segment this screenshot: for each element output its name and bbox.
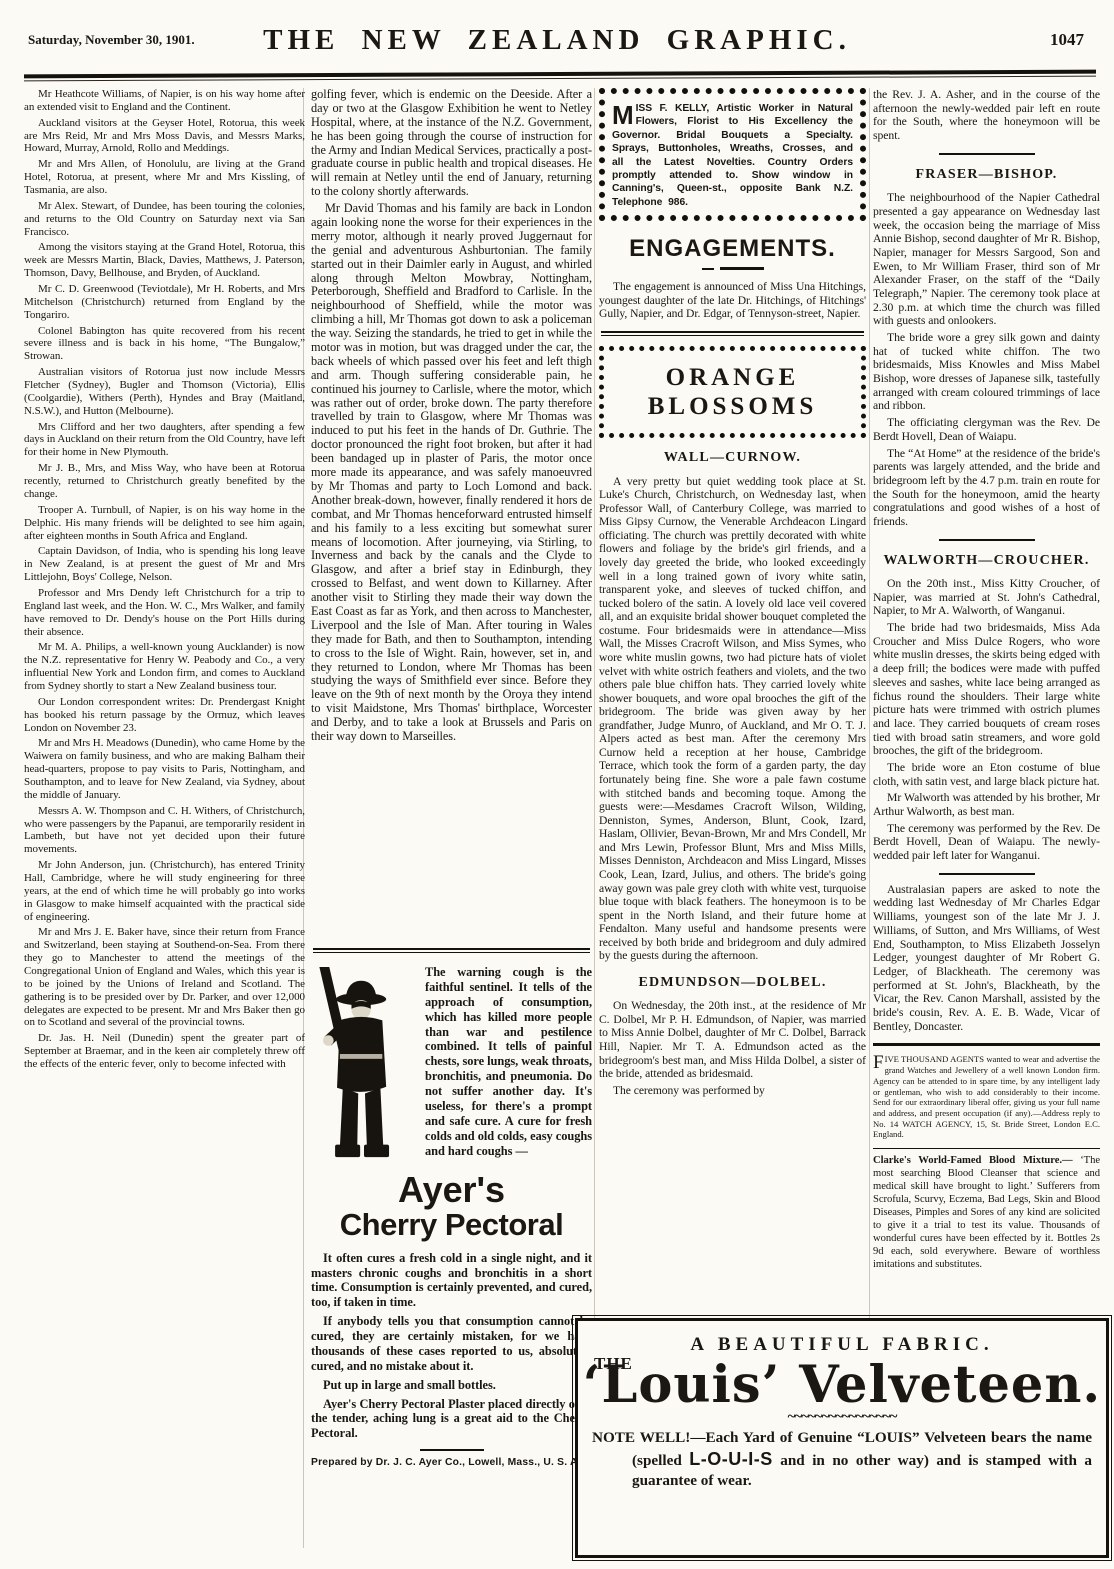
news-paragraph: Mr and Mrs H. Meadows (Dunedin), who cam… xyxy=(24,737,305,801)
news-paragraph: Mr Alex. Stewart, of Dundee, has been to… xyxy=(24,200,305,239)
news-paragraph: Messrs A. W. Thompson and C. H. Withers,… xyxy=(24,805,305,856)
news-paragraph: Mrs Clifford and her two daughters, afte… xyxy=(24,421,305,460)
article-paragraph: The bride wore an Eton costume of blue c… xyxy=(873,761,1100,788)
news-paragraph: Mr C. D. Greenwood (Teviotdale), Mr H. R… xyxy=(24,283,305,322)
article-paragraph: The ceremony was performed by the Rev. D… xyxy=(873,822,1100,863)
article-paragraph: The “At Home” at the residence of the br… xyxy=(873,447,1100,529)
engagements-heading: ENGAGEMENTS. xyxy=(599,235,866,263)
wall-curnow-article: A very pretty but quiet wedding took pla… xyxy=(599,475,866,963)
louis-ad-the: THE xyxy=(594,1354,633,1374)
news-paragraph: Captain Davidson, of India, who is spend… xyxy=(24,545,305,584)
column-personal-notes: Mr Heathcote Williams, of Napier, is on … xyxy=(24,88,305,1563)
clarkes-ad-text: ‘The most searching Blood Cleanser that … xyxy=(873,1155,1100,1269)
section-divider xyxy=(939,873,1035,875)
news-paragraph: Our London correspondent writes: Dr. Pre… xyxy=(24,696,305,735)
news-paragraph: Professor and Mrs Dendy left Christchurc… xyxy=(24,587,305,638)
fraser-bishop-heading: FRASER—BISHOP. xyxy=(873,167,1100,183)
article-paragraph: Mr Walworth was attended by his brother,… xyxy=(873,791,1100,818)
article-paragraph: The bride wore a grey silk gown and dain… xyxy=(873,331,1100,413)
clarkes-blood-mixture-ad: Clarke's World-Famed Blood Mixture.— ‘Th… xyxy=(873,1155,1100,1271)
news-paragraph: Australian visitors of Rotorua just now … xyxy=(24,366,305,417)
news-paragraph: Dr. Jas. H. Neil (Dunedin) spent the gre… xyxy=(24,1032,305,1071)
section-divider xyxy=(873,1148,1100,1149)
heading-divider xyxy=(599,267,866,270)
article-continuation: golfing fever, which is endemic on the D… xyxy=(311,88,592,199)
louis-note-spelled: L-O-U-I-S xyxy=(689,1449,772,1469)
news-paragraph: Trooper A. Turnbull, of Napier, is on hi… xyxy=(24,504,305,543)
australasian-wedding-note: Australasian papers are asked to note th… xyxy=(873,883,1100,1034)
news-paragraph: Colonel Babington has quite recovered fr… xyxy=(24,325,305,364)
article-paragraph: The neighbourhood of the Napier Cathedra… xyxy=(873,191,1100,328)
ayers-body-paragraph: Ayer's Cherry Pectoral Plaster placed di… xyxy=(311,1397,592,1442)
walworth-croucher-article: On the 20th inst., Miss Kitty Croucher, … xyxy=(873,577,1100,863)
sentinel-soldier-illustration xyxy=(311,967,417,1169)
david-thomas-article: Mr David Thomas and his family are back … xyxy=(311,202,592,744)
ayers-ad-body: It often cures a fresh cold in a single … xyxy=(311,1251,592,1442)
news-paragraph: Mr M. A. Philips, a well-known young Auc… xyxy=(24,641,305,692)
section-divider xyxy=(939,539,1035,541)
ayers-title-line1: Ayer's xyxy=(311,1172,592,1209)
news-paragraph: Mr and Mrs J. E. Baker have, since their… xyxy=(24,926,305,1029)
news-paragraph: Mr John Anderson, jun. (Christchurch), h… xyxy=(24,859,305,923)
kelly-florist-ad: MISS F. KELLY, Artistic Worker in Natura… xyxy=(599,88,866,221)
asher-continuation: the Rev. J. A. Asher, and in the course … xyxy=(873,88,1100,143)
news-paragraph: Mr J. B., Mrs, and Miss Way, who have be… xyxy=(24,462,305,501)
masthead-title: THE NEW ZEALAND GRAPHIC. xyxy=(0,24,1114,57)
article-paragraph: On the 20th inst., Miss Kitty Croucher, … xyxy=(873,577,1100,618)
ayers-cherry-pectoral-ad: The warning cough is the faithful sentin… xyxy=(311,938,592,1469)
edmundson-dolbel-continuation: The ceremony was performed by xyxy=(599,1084,866,1098)
ayers-body-paragraph: Put up in large and small bottles. xyxy=(311,1378,592,1393)
news-paragraph: Among the visitors staying at the Grand … xyxy=(24,241,305,280)
orange-blossoms-banner: ORANGE BLOSSOMS xyxy=(599,346,866,439)
article-paragraph: The officiating clergyman was the Rev. D… xyxy=(873,416,1100,443)
news-paragraph: Auckland visitors at the Geyser Hotel, R… xyxy=(24,117,305,156)
ayers-ad-footer: Prepared by Dr. J. C. Ayer Co., Lowell, … xyxy=(311,1457,592,1469)
section-divider xyxy=(939,153,1035,155)
edmundson-dolbel-heading: EDMUNDSON—DOLBEL. xyxy=(599,975,866,991)
ayers-body-paragraph: If anybody tells you that consumption ca… xyxy=(311,1314,592,1374)
ayers-body-paragraph: It often cures a fresh cold in a single … xyxy=(311,1251,592,1311)
newspaper-page: Saturday, November 30, 1901. THE NEW ZEA… xyxy=(0,0,1114,1569)
orange-blossoms-title: ORANGE BLOSSOMS xyxy=(608,363,857,422)
louis-ad-brand: ‘Louis’ Velveteen. xyxy=(578,1360,1106,1411)
louis-velveteen-ad: A BEAUTIFUL FABRIC. THE ‘Louis’ Velvetee… xyxy=(575,1318,1109,1558)
engagement-announcement: The engagement is announced of Miss Una … xyxy=(599,280,866,321)
news-paragraph: Mr Heathcote Williams, of Napier, is on … xyxy=(24,88,305,114)
louis-ad-note: NOTE WELL!—Each Yard of Genuine “LOUIS” … xyxy=(592,1428,1092,1491)
section-divider xyxy=(601,331,864,336)
louis-ad-tagline: A BEAUTIFUL FABRIC. xyxy=(578,1334,1106,1356)
walworth-croucher-heading: WALWORTH—CROUCHER. xyxy=(873,553,1100,569)
news-paragraph: Mr and Mrs Allen, of Honolulu, are livin… xyxy=(24,158,305,197)
section-divider xyxy=(420,1449,484,1451)
fraser-bishop-article: The neighbourhood of the Napier Cathedra… xyxy=(873,191,1100,529)
page-number: 1047 xyxy=(1050,30,1084,50)
column-two: golfing fever, which is endemic on the D… xyxy=(311,88,592,1563)
section-divider xyxy=(873,1043,1100,1046)
section-divider xyxy=(313,948,590,953)
wall-curnow-heading: WALL—CURNOW. xyxy=(599,450,866,466)
ayers-title-line2: Cherry Pectoral xyxy=(311,1209,592,1241)
watch-agency-ad: FIVE THOUSAND AGENTS wanted to wear and … xyxy=(873,1054,1100,1140)
edmundson-dolbel-article: On Wednesday, the 20th inst., at the res… xyxy=(599,999,866,1080)
clarkes-ad-lead: Clarke's World-Famed Blood Mixture.— xyxy=(873,1155,1073,1166)
article-paragraph: The bride had two bridesmaids, Miss Ada … xyxy=(873,621,1100,758)
ayers-ad-title: Ayer's Cherry Pectoral xyxy=(311,1172,592,1240)
